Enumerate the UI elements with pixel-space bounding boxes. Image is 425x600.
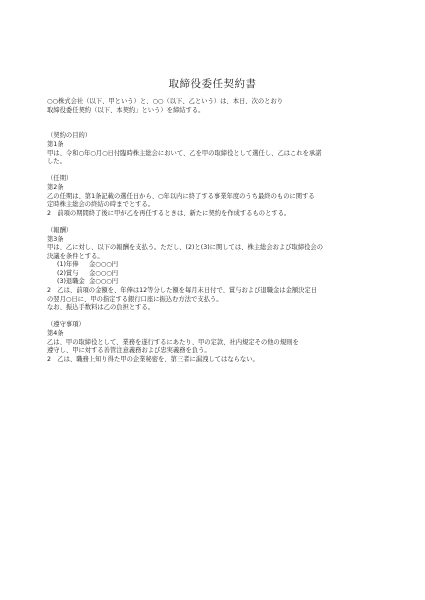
compensation-amount: 金○○○円 <box>89 270 118 277</box>
compensation-amount: 金○○○円 <box>89 261 118 268</box>
article-text: なお、振込手数料は乙の負担とする。 <box>47 304 387 313</box>
compensation-amount: 金○○○円 <box>89 278 118 285</box>
article-number: 第1条 <box>47 141 387 150</box>
article-text: 甲は、乙に対し、以下の報酬を支払う。ただし、(2)と(3)に関しては、株主総会お… <box>47 244 387 253</box>
article-heading: （任期） <box>47 175 387 184</box>
document-page: 取締役委任契約書 ○○株式会社（以下、甲という）と、○○（以下、乙という）は、本… <box>0 0 425 600</box>
article-number: 第2条 <box>47 184 387 193</box>
article-text: 2 乙は、前項の金額を、年俸は12等分した額を毎月末日付で、賞与および退職金は金… <box>47 287 387 296</box>
preamble-line: ○○株式会社（以下、甲という）と、○○（以下、乙という）は、本日、次のとおり <box>47 98 387 107</box>
article-number: 第3条 <box>47 236 387 245</box>
article-text: 2 乙は、職務上知り得た甲の企業秘密を、第三者に漏洩してはならない。 <box>47 356 387 365</box>
compensation-item: (3)退職金金○○○円 <box>47 278 387 287</box>
article-text: 乙の任期は、第1条記載の選任日から、○年以内に終了する事業年度のうち最終のものに… <box>47 193 387 202</box>
article-text: 遵守し、甲に対する善管注意義務および忠実義務を負う。 <box>47 347 387 356</box>
compensation-item: (1)年俸金○○○円 <box>47 261 387 270</box>
article-number: 第4条 <box>47 330 387 339</box>
article-text: の翌月○日に、甲の指定する銀行口座に振込む方法で支払う。 <box>47 296 387 305</box>
article-text: 甲は、令和○年○月○日付臨時株主総会において、乙を甲の取締役として選任し、乙はこ… <box>47 150 387 159</box>
article-heading: （遵守事項） <box>47 321 387 330</box>
article-text: 2 前項の期間終了後に甲が乙を再任するときは、新たに契約を作成するものとする。 <box>47 210 387 219</box>
compensation-label: (3)退職金 <box>57 278 89 287</box>
document-body: ○○株式会社（以下、甲という）と、○○（以下、乙という）は、本日、次のとおり 取… <box>47 98 387 364</box>
article-text: 決議を条件とする。 <box>47 253 387 262</box>
article-text: した。 <box>47 158 387 167</box>
article-text: 乙は、甲の取締役として、業務を遂行するにあたり、甲の定款、社内規定その他の規則を <box>47 339 387 348</box>
document-title: 取締役委任契約書 <box>0 76 425 91</box>
preamble-line: 取締役委任契約（以下、本契約」という）を締結する。 <box>47 107 387 116</box>
article-heading: （契約の目的） <box>47 132 387 141</box>
article-heading: （報酬） <box>47 227 387 236</box>
article-text: 定時株主総会の終結の時までとする。 <box>47 201 387 210</box>
compensation-label: (1)年俸 <box>57 261 89 270</box>
